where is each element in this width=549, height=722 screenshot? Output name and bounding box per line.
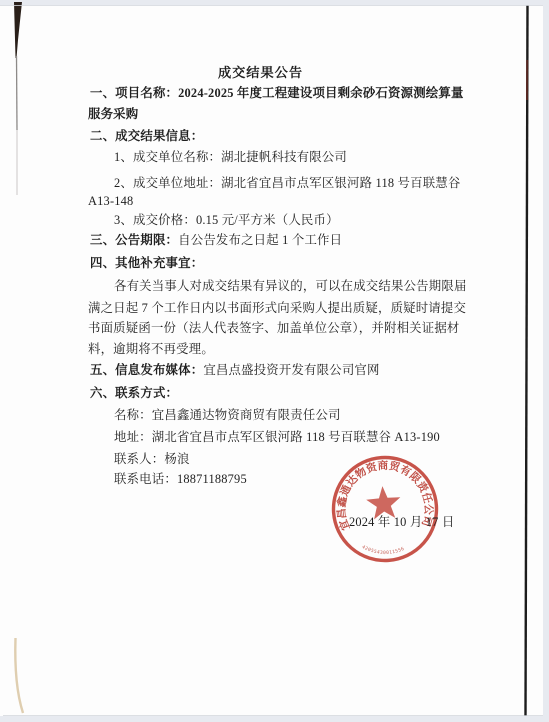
section-6-heading: 六、联系方式： (90, 386, 178, 400)
document-title: 成交结果公告 (88, 62, 433, 81)
announcement-document: 成交结果公告 一、项目名称：2024-2025 年度工程建设项目剩余砂石资源测绘… (0, 0, 549, 722)
section-1-value: 2024-2025 年度工程建设项目剩余砂石资源测绘算量 (178, 86, 463, 100)
section-1-heading: 一、项目名称： (90, 86, 178, 100)
contact-address-line: 地址：湖北省宜昌市点军区银河路 118 号百联慧谷 A13-190 (114, 430, 440, 444)
winner-name-line: 1、成交单位名称：湖北捷帆科技有限公司 (114, 150, 347, 164)
section-3-value: 自公告发布之日起 1 个工作日 (178, 233, 342, 247)
section-3-period: 三、公告期限：自公告发布之日起 1 个工作日 (90, 233, 342, 247)
section-5-value: 宜昌点盛投资开发有限公司官网 (203, 363, 379, 377)
viewer-background-right (543, 0, 549, 722)
section-4-heading: 四、其他补充事宜： (90, 256, 203, 270)
section-2-heading: 二、成交结果信息： (90, 129, 203, 143)
objection-paragraph-line: 书面质疑函一份（法人代表签字、加盖单位公章），并附相关证据材 (88, 321, 460, 335)
section-3-heading: 三、公告期限： (90, 233, 178, 247)
contact-person-line: 联系人：杨浪 (114, 452, 190, 466)
objection-paragraph-line: 满之日起 7 个工作日内以书面形式向采购人提出质疑，质疑时请提交 (88, 301, 466, 315)
contact-name-line: 名称：宜昌鑫通达物资商贸有限责任公司 (114, 408, 341, 422)
objection-paragraph-line: 各有关当事人对成交结果有异议的，可以在成交结果公告期限届 (114, 279, 467, 293)
section-5-heading: 五、信息发布媒体： (90, 363, 203, 377)
winner-address-line: 2、成交单位地址：湖北省宜昌市点军区银河路 118 号百联慧谷 (114, 176, 460, 190)
official-seal: 宜昌鑫通达物资商贸有限责任公司 42055430011556 (321, 445, 449, 573)
svg-text:42055430011556: 42055430011556 (360, 541, 405, 558)
section-1-continuation: 服务采购 (88, 107, 138, 121)
announcement-date: 2024 年 10 月 17 日 (349, 515, 454, 529)
winner-address-continuation: A13-148 (88, 194, 133, 208)
seal-serial-number: 42055430011556 (360, 541, 405, 558)
price-line: 3、成交价格：0.15 元/平方米（人民币） (114, 213, 339, 227)
objection-paragraph-line: 料，逾期将不再受理。 (88, 342, 214, 356)
contact-phone-line: 联系电话：18871188795 (114, 472, 247, 486)
section-1-project-name: 一、项目名称：2024-2025 年度工程建设项目剩余砂石资源测绘算量 (90, 86, 464, 100)
viewer-background-bottom (0, 716, 549, 722)
section-5-media: 五、信息发布媒体：宜昌点盛投资开发有限公司官网 (90, 363, 380, 377)
